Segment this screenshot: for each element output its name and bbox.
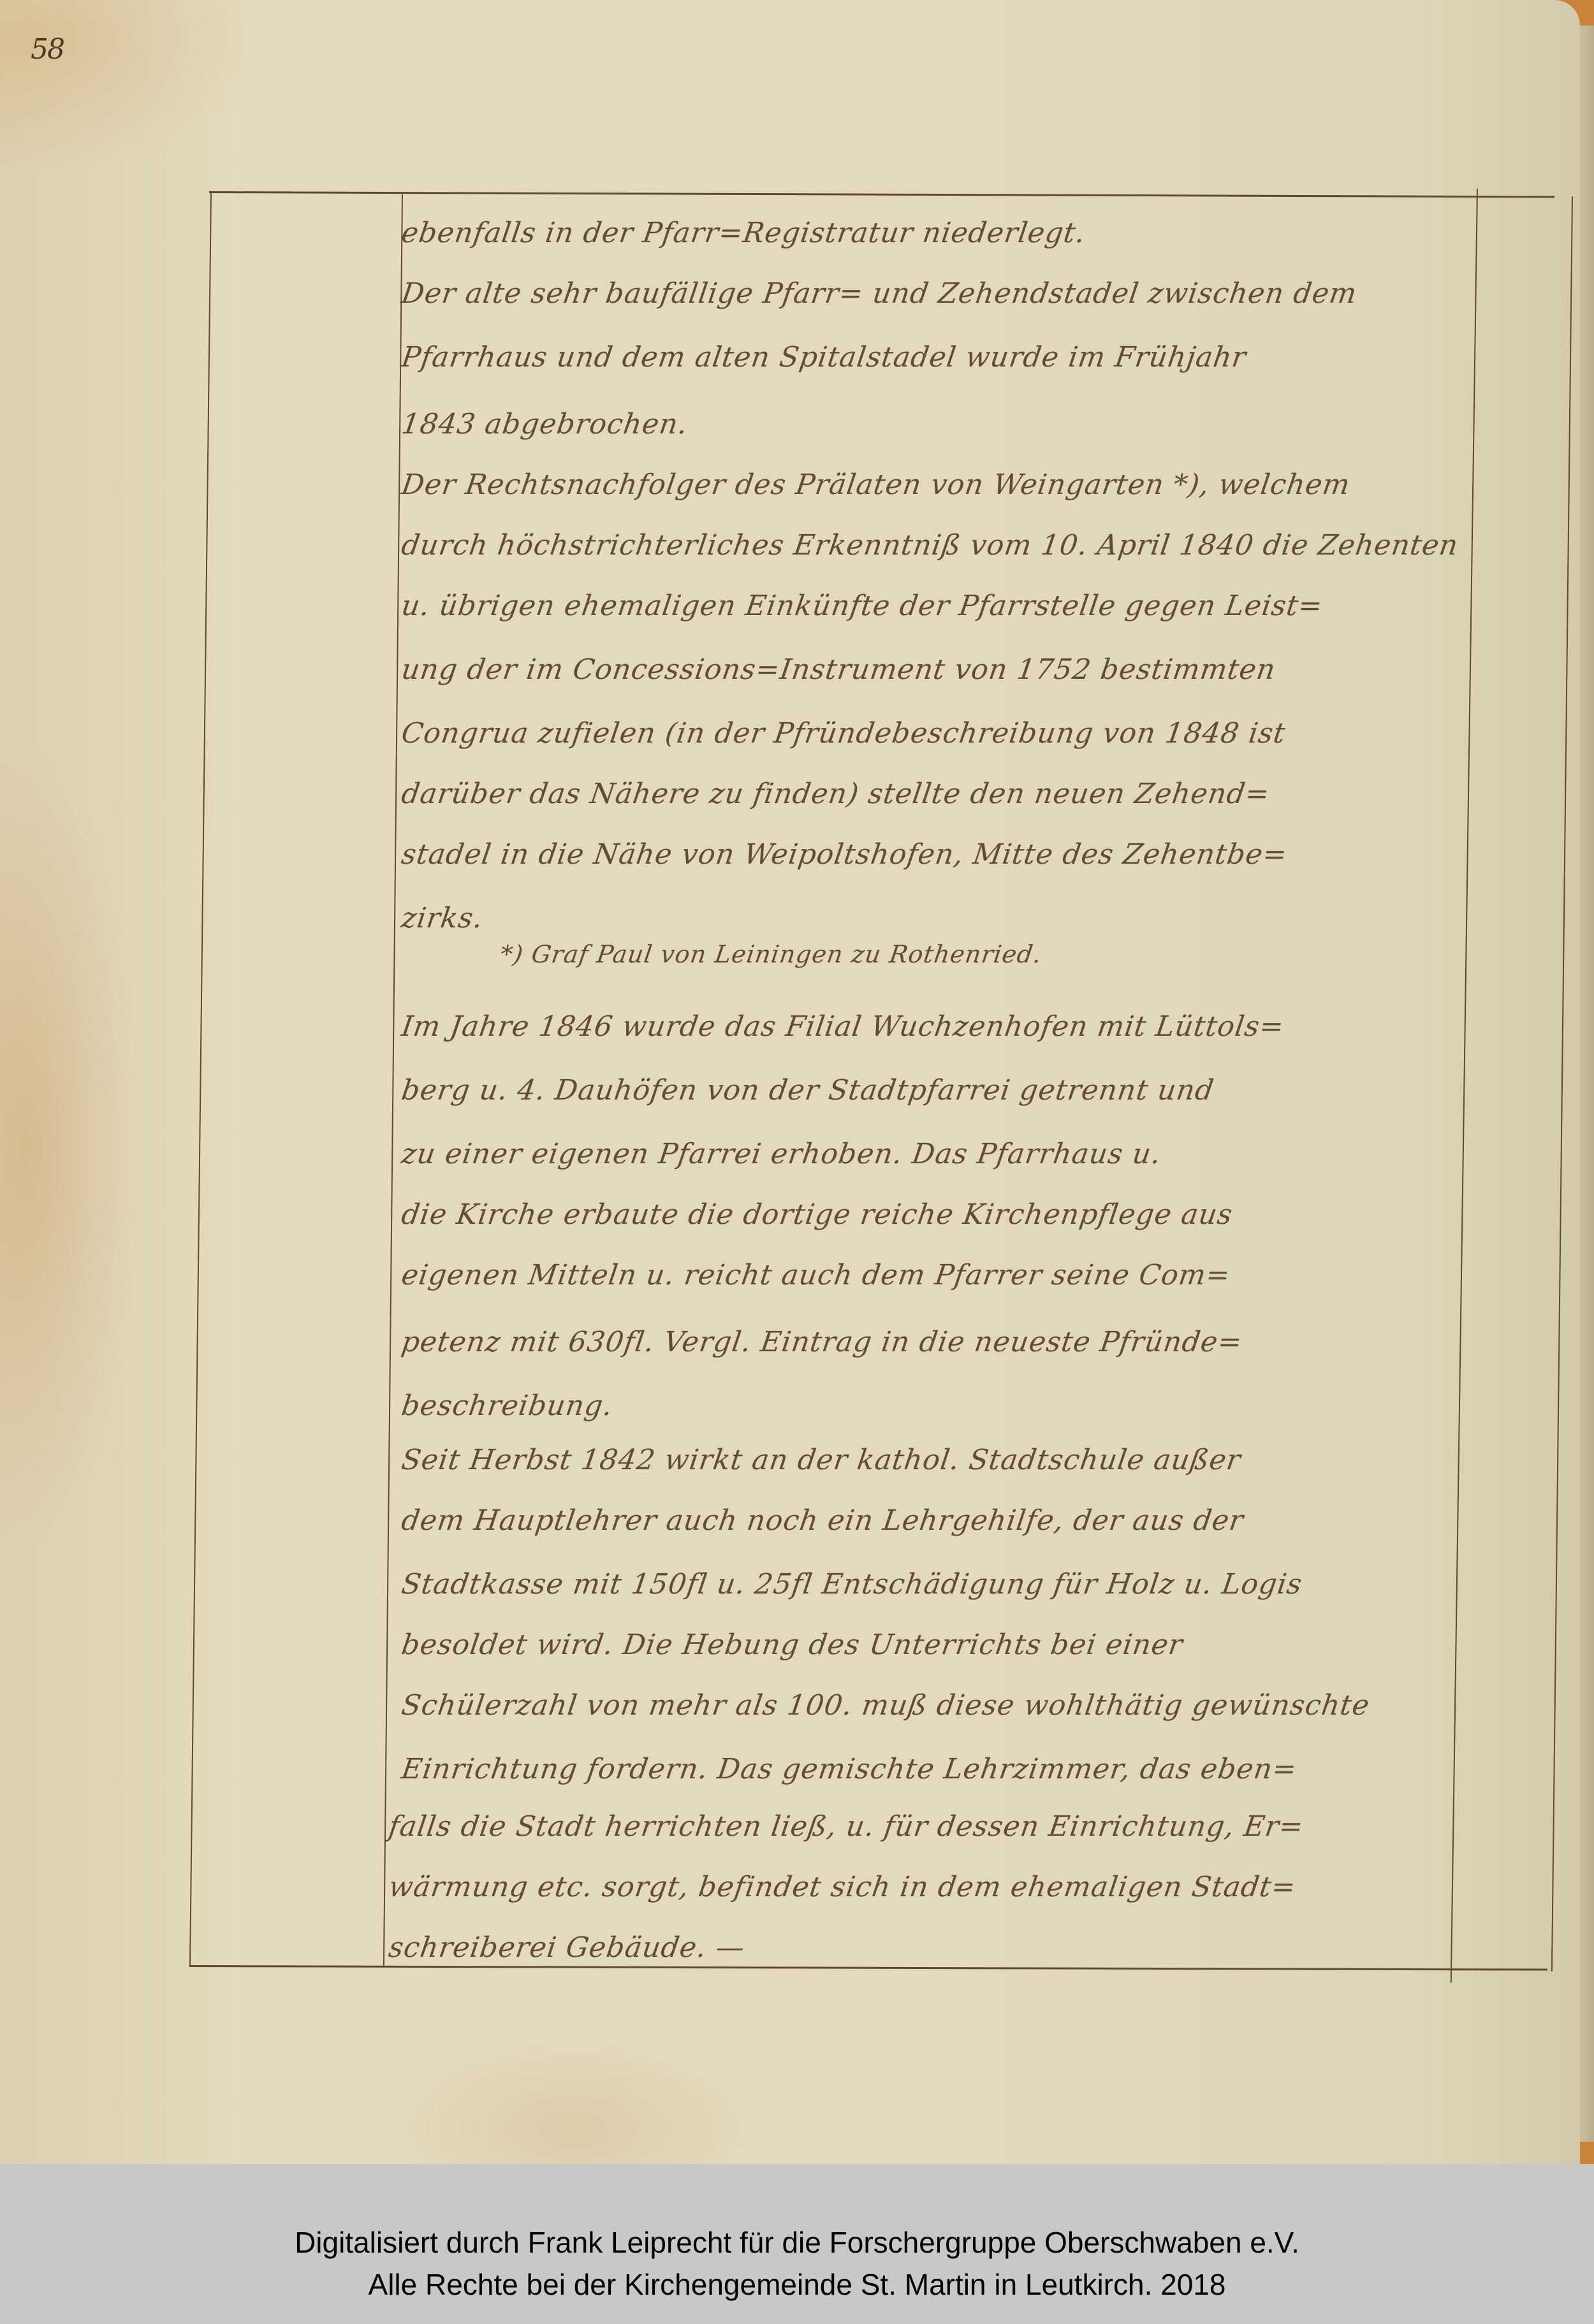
text-line: Schülerzahl von mehr als 100. muß diese … — [399, 1689, 1371, 1722]
manuscript-page: 58 ebenfalls in der Pfarr=Registratur ni… — [0, 0, 1580, 2164]
text-line: Pfarrhaus und dem alten Spitalstadel wur… — [399, 341, 1248, 374]
text-line: zirks. — [399, 902, 485, 934]
page-number: 58 — [31, 33, 64, 66]
digitization-caption: Digitalisiert durch Frank Leiprecht für … — [0, 2164, 1594, 2324]
text-line: falls die Stadt herrichten ließ, u. für … — [386, 1810, 1305, 1843]
text-line: petenz mit 630fl. Vergl. Eintrag in die … — [399, 1326, 1244, 1358]
text-line: Congrua zufielen (in der Pfründebeschrei… — [399, 717, 1287, 750]
text-line: schreiberei Gebäude. — — [386, 1931, 747, 1964]
caption-line-2: Alle Rechte bei der Kirchengemeinde St. … — [0, 2263, 1594, 2306]
text-line: Der alte sehr baufällige Pfarr= und Zehe… — [399, 277, 1359, 310]
text-line: darüber das Nähere zu finden) stellte de… — [399, 778, 1271, 810]
text-line: durch höchstrichterliches Erkenntniß vom… — [399, 529, 1460, 562]
text-line: Der Rechtsnachfolger des Prälaten von We… — [399, 468, 1352, 501]
text-line: wärmung etc. sorgt, befindet sich in dem… — [386, 1871, 1298, 1903]
text-line: Im Jahre 1846 wurde das Filial Wuchzenho… — [399, 1010, 1286, 1043]
text-line: zu einer eigenen Pfarrei erhoben. Das Pf… — [399, 1138, 1163, 1170]
text-line: Stadtkasse mit 150fl u. 25fl Entschädigu… — [399, 1568, 1304, 1601]
text-line: ebenfalls in der Pfarr=Registratur niede… — [399, 217, 1087, 249]
text-line: u. übrigen ehemaligen Einkünfte der Pfar… — [399, 590, 1325, 622]
text-line: Seit Herbst 1842 wirkt an der kathol. St… — [399, 1444, 1243, 1476]
caption-line-1: Digitalisiert durch Frank Leiprecht für … — [0, 2221, 1594, 2263]
frame-right-border — [1551, 196, 1573, 1972]
text-line: dem Hauptlehrer auch noch ein Lehrgehilf… — [399, 1504, 1245, 1537]
text-line: Einrichtung fordern. Das gemischte Lehrz… — [399, 1753, 1299, 1785]
text-line: besoldet wird. Die Hebung des Unterricht… — [399, 1629, 1185, 1661]
frame-right-margin-rule — [1451, 189, 1478, 1983]
text-line: eigenen Mitteln u. reicht auch dem Pfarr… — [399, 1259, 1232, 1291]
manuscript-scan: 58 ebenfalls in der Pfarr=Registratur ni… — [0, 0, 1594, 2164]
text-line: stadel in die Nähe von Weipoltshofen, Mi… — [399, 838, 1289, 871]
frame-left-border — [189, 192, 212, 1966]
text-line: 1843 abgebrochen. — [399, 408, 690, 440]
frame-top-border — [209, 191, 1554, 198]
frame-left-margin-rule — [383, 194, 403, 1966]
frame-bottom-border — [189, 1965, 1547, 1971]
text-line: beschreibung. — [399, 1390, 615, 1422]
footnote-line: *) Graf Paul von Leiningen zu Rothenried… — [499, 940, 1044, 968]
text-line: berg u. 4. Dauhöfen von der Stadtpfarrei… — [399, 1074, 1216, 1107]
text-line: die Kirche erbaute die dortige reiche Ki… — [399, 1198, 1234, 1231]
text-line: ung der im Concessions=Instrument von 17… — [399, 653, 1277, 686]
